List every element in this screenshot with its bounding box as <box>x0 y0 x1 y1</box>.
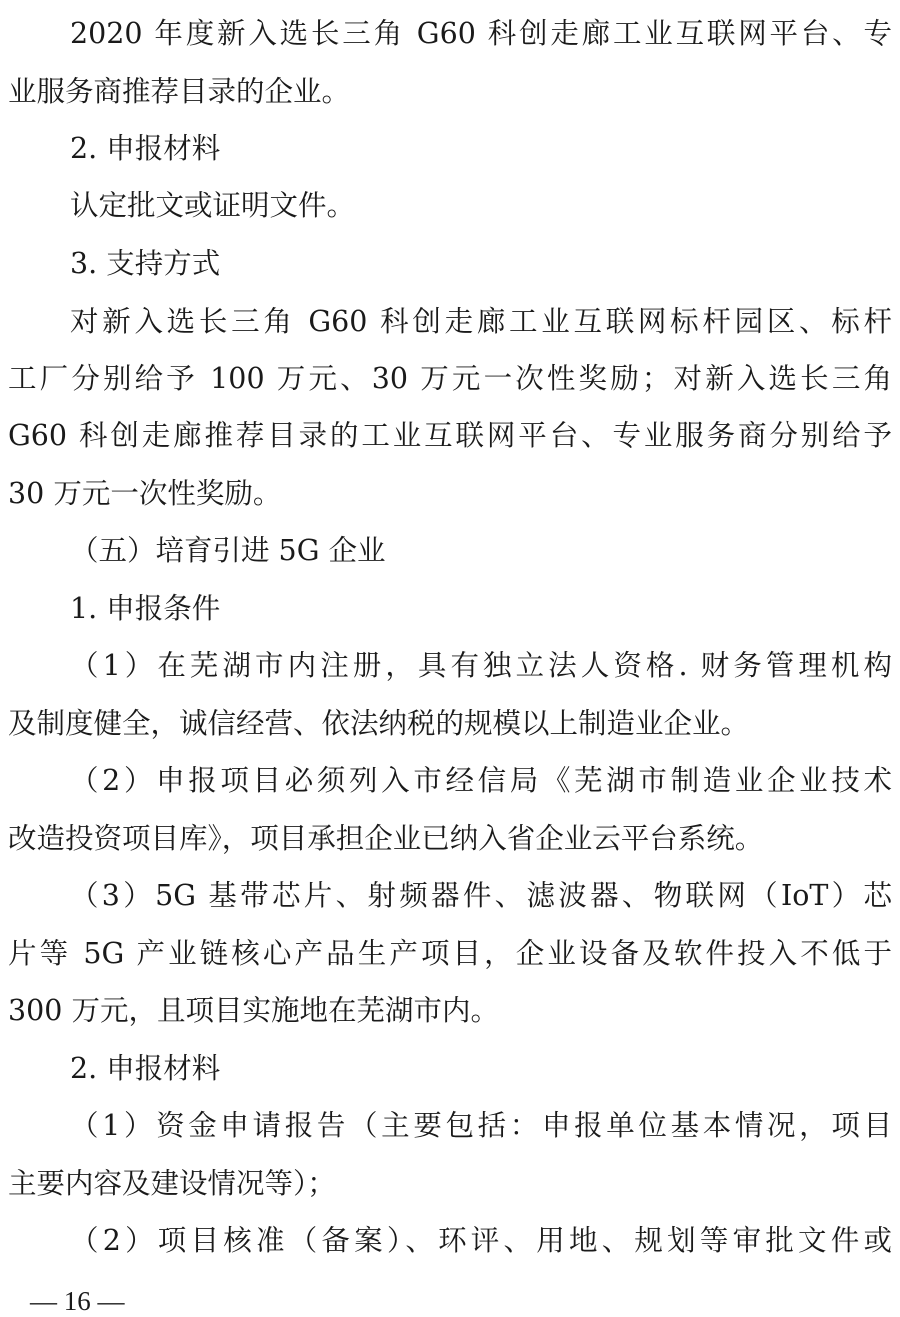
paragraph-line: 300 万元，且项目实施地在芜湖市内。 <box>8 991 892 1031</box>
paragraph-line: G60 科创走廊推荐目录的工业互联网平台、专业服务商分别给予 <box>8 416 892 456</box>
paragraph-line: 30 万元一次性奖励。 <box>8 474 892 514</box>
section-heading: 1. 申报条件 <box>70 589 892 629</box>
paragraph-line: 工厂分别给予 100 万元、30 万元一次性奖励；对新入选长三角 <box>8 359 892 399</box>
page-number: — 16 — <box>30 1284 125 1317</box>
paragraph-line: 对新入选长三角 G60 科创走廊工业互联网标杆园区、标杆 <box>70 302 892 342</box>
paragraph-line: （1）在芜湖市内注册，具有独立法人资格. 财务管理机构 <box>70 646 892 686</box>
section-heading: 3. 支持方式 <box>70 244 892 284</box>
paragraph-line: （2）项目核准（备案）、环评、用地、规划等审批文件或 <box>70 1221 892 1261</box>
paragraph-line: （3）5G 基带芯片、射频器件、滤波器、物联网（IoT）芯 <box>70 876 892 916</box>
paragraph-line: 认定批文或证明文件。 <box>70 186 892 226</box>
paragraph-line: 2020 年度新入选长三角 G60 科创走廊工业互联网平台、专 <box>70 14 892 54</box>
paragraph-line: 改造投资项目库》，项目承担企业已纳入省企业云平台系统。 <box>8 819 892 859</box>
section-heading: （五）培育引进 5G 企业 <box>70 531 892 571</box>
paragraph-line: 片等 5G 产业链核心产品生产项目，企业设备及软件投入不低于 <box>8 934 892 974</box>
section-heading: 2. 申报材料 <box>70 129 892 169</box>
paragraph-line: 主要内容及建设情况等）； <box>8 1164 892 1204</box>
paragraph-line: （2）申报项目必须列入市经信局《芜湖市制造业企业技术 <box>70 761 892 801</box>
document-page: 2020 年度新入选长三角 G60 科创走廊工业互联网平台、专 业服务商推荐目录… <box>0 0 900 1317</box>
paragraph-line: 及制度健全，诚信经营、依法纳税的规模以上制造业企业。 <box>8 704 892 744</box>
paragraph-line: 业服务商推荐目录的企业。 <box>8 72 892 112</box>
section-heading: 2. 申报材料 <box>70 1049 892 1089</box>
paragraph-line: （1）资金申请报告（主要包括：申报单位基本情况，项目 <box>70 1106 892 1146</box>
